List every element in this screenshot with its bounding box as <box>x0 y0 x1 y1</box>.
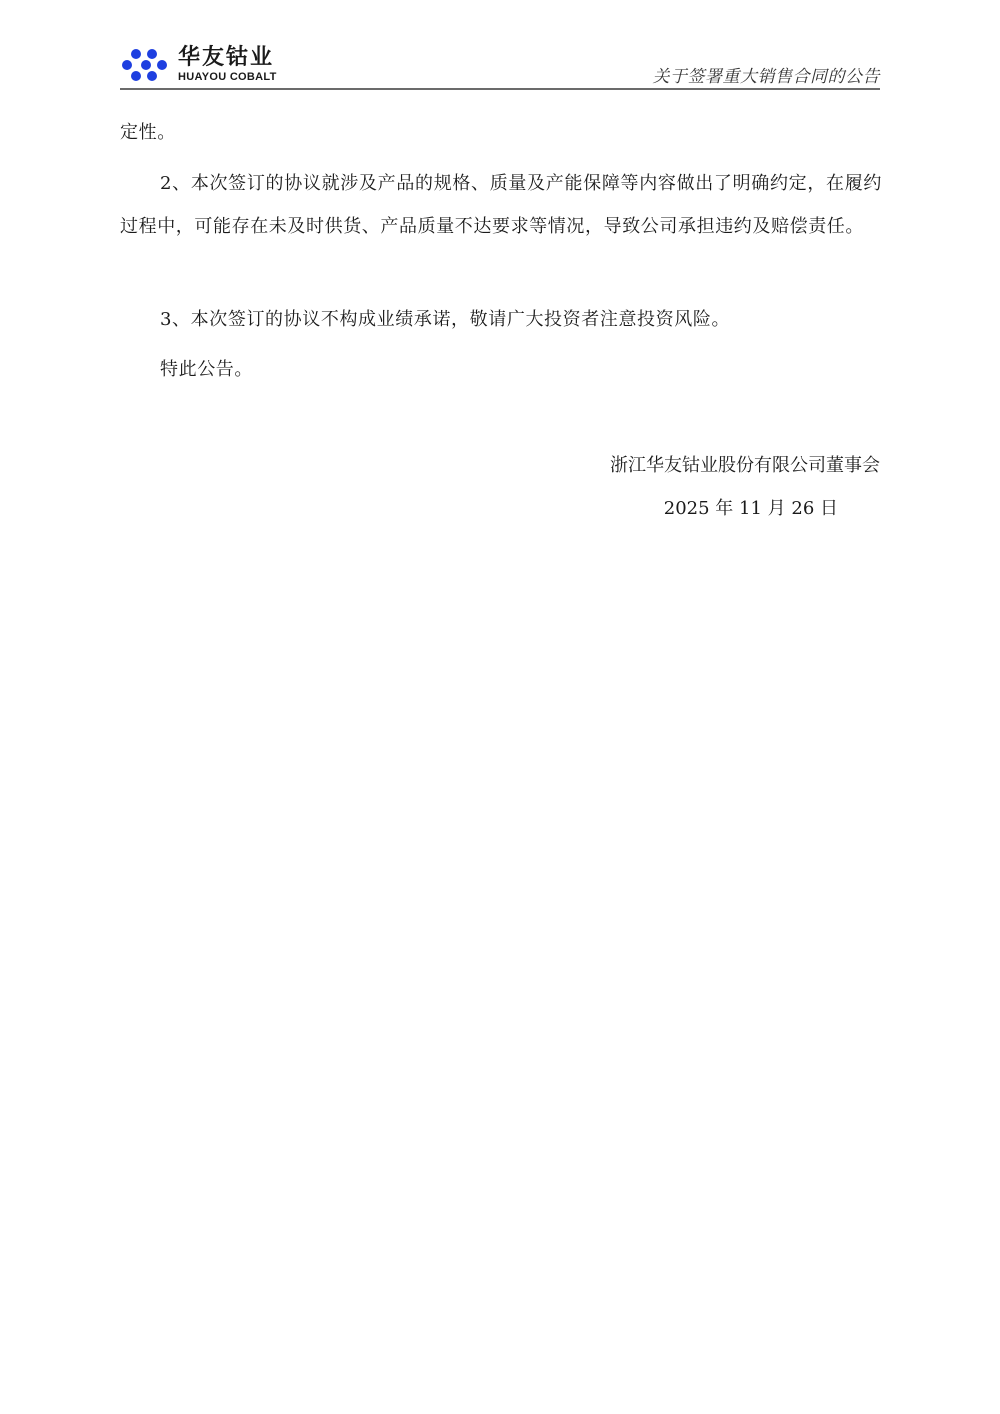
document-body-item-2: 2、本次签订的协议就涉及产品的规格、质量及产能保障等内容做出了明确约定，在履约过… <box>120 162 882 248</box>
huayou-logo-dots-icon <box>120 44 172 86</box>
signature-block: 浙江华友钴业股份有限公司董事会 2025 年 11 月 26 日 <box>610 444 880 530</box>
logo-name-en: HUAYOU COBALT <box>178 72 277 83</box>
company-logo: 华友钴业 HUAYOU COBALT <box>120 44 277 86</box>
signature-date: 2025 年 11 月 26 日 <box>610 487 880 530</box>
logo-name-cn: 华友钴业 <box>178 47 277 69</box>
paragraph-item-2: 2、本次签订的协议就涉及产品的规格、质量及产能保障等内容做出了明确约定，在履约过… <box>120 162 882 248</box>
document-body-closing: 特此公告。 <box>120 348 882 391</box>
paragraph-continuation: 定性。 <box>120 111 882 154</box>
paragraph-item-3: 3、本次签订的协议不构成业绩承诺，敬请广大投资者注意投资风险。 <box>120 298 882 341</box>
document-body-item-3: 3、本次签订的协议不构成业绩承诺，敬请广大投资者注意投资风险。 <box>120 298 882 341</box>
page-header: 华友钴业 HUAYOU COBALT 关于签署重大销售合同的公告 <box>120 40 880 90</box>
document-body: 定性。 <box>120 111 882 154</box>
closing-statement: 特此公告。 <box>120 348 882 391</box>
document-title: 关于签署重大销售合同的公告 <box>653 62 881 87</box>
signature-company: 浙江华友钴业股份有限公司董事会 <box>610 444 880 487</box>
